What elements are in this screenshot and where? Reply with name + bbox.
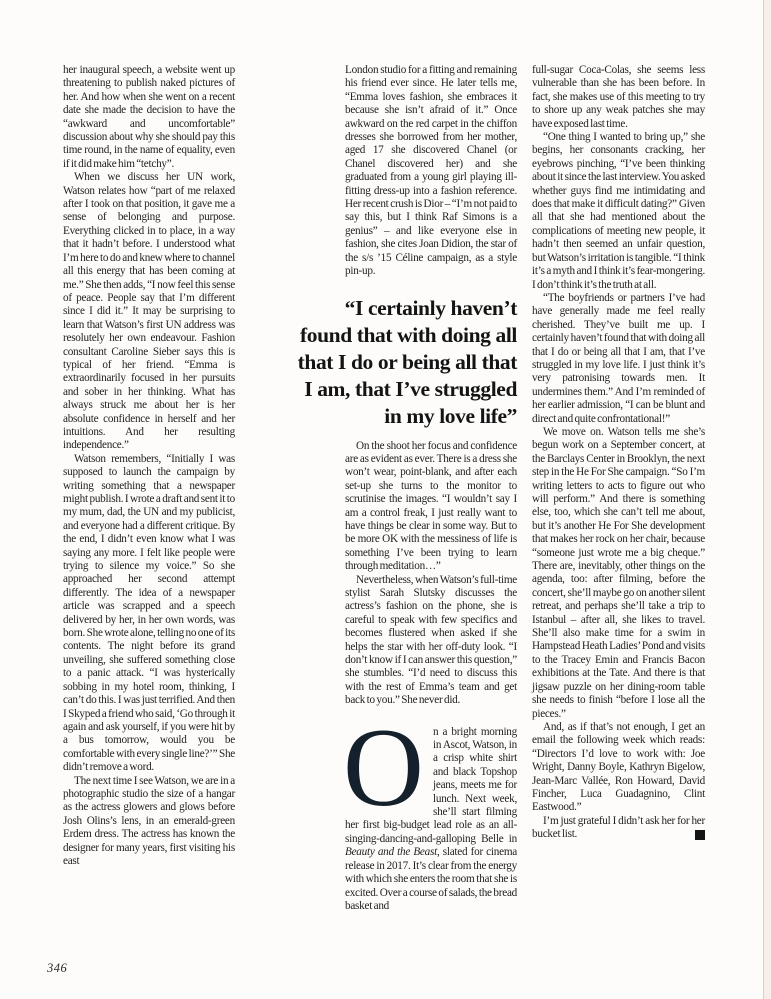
paragraph: London studio for a fitting and remainin… — [345, 64, 517, 279]
paragraph: “One thing I wanted to bring up,” she be… — [532, 131, 705, 292]
paragraph: full-sugar Coca-Colas, she seems less vu… — [532, 64, 705, 131]
pull-quote-line: I am, that I’ve struggled — [249, 376, 517, 403]
pull-quote-line: that I do or being all that — [249, 349, 517, 376]
pull-quote-line: found that with doing all — [249, 322, 517, 349]
paragraph: On a bright morning in Ascot, Watson, in… — [345, 726, 517, 914]
text-column-3: full-sugar Coca-Colas, she seems less vu… — [532, 64, 705, 842]
paragraph: The next time I see Watson, we are in a … — [63, 775, 235, 869]
book-title: Beauty and the Beast — [345, 846, 437, 858]
paragraph-text: I’m just grateful I didn’t ask her for h… — [532, 815, 705, 840]
pull-quote: “I certainly haven’t found that with doi… — [249, 295, 517, 430]
end-mark-icon — [695, 830, 705, 840]
paragraph: I’m just grateful I didn’t ask her for h… — [532, 815, 705, 842]
paragraph: Nevertheless, when Watson’s full-time st… — [345, 574, 517, 708]
text-column-1: her inaugural speech, a website went up … — [63, 64, 235, 868]
page-number: 346 — [47, 961, 67, 976]
paragraph: When we discuss her UN work, Watson rela… — [63, 171, 235, 453]
text-column-2: London studio for a fitting and remainin… — [345, 64, 517, 913]
page-edge-divider — [763, 0, 771, 999]
paragraph: On the shoot her focus and confidence ar… — [345, 440, 517, 574]
pull-quote-line: “I certainly haven’t — [249, 295, 517, 322]
paragraph: We move on. Watson tells me she’s begun … — [532, 426, 705, 721]
drop-cap: O — [343, 728, 431, 808]
magazine-page: her inaugural speech, a website went up … — [0, 0, 771, 999]
paragraph: Watson remembers, “Initially I was suppo… — [63, 453, 235, 775]
paragraph: her inaugural speech, a website went up … — [63, 64, 235, 171]
paragraph: “The boyfriends or partners I’ve had hav… — [532, 292, 705, 426]
paragraph: And, as if that’s not enough, I get an e… — [532, 721, 705, 815]
pull-quote-line: in my love life” — [249, 403, 517, 430]
